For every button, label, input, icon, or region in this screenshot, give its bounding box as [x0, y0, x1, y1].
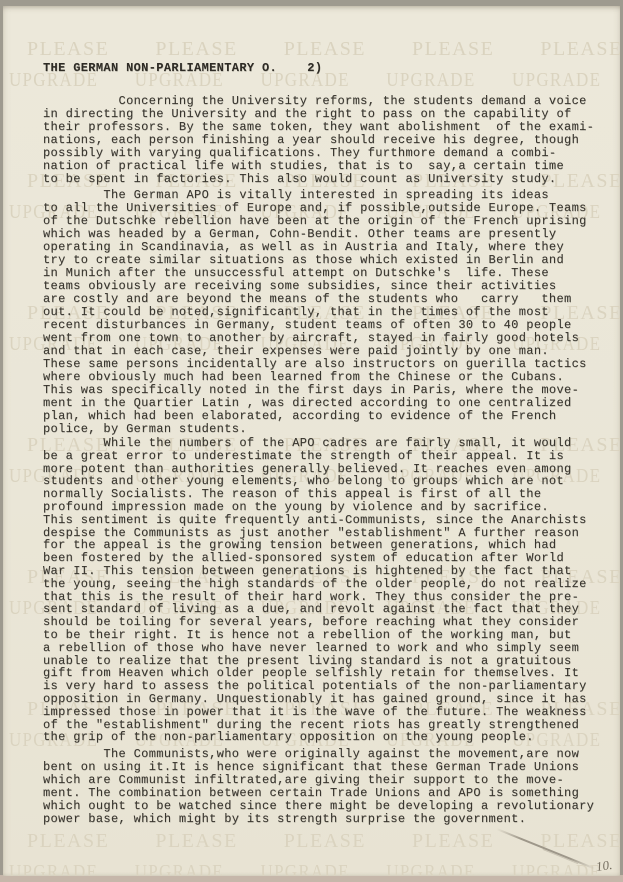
scan-edge-strip	[0, 875, 623, 882]
watermark-word: UPGRADE	[135, 861, 224, 876]
watermark-word: PLEASE	[284, 38, 366, 60]
watermark-word: UPGRADE	[512, 69, 601, 91]
watermark-word: UPGRADE	[9, 861, 98, 876]
watermark-word: UPGRADE	[386, 861, 475, 876]
watermark-row: PLEASEPLEASEPLEASEPLEASEPLEASE	[27, 38, 620, 61]
page-title: THE GERMAN NON-PARLIAMENTARY O. 2)	[43, 62, 322, 75]
watermark-word: PLEASE	[540, 830, 620, 852]
handwritten-page-number: 10.	[595, 857, 613, 875]
paper: PLEASEPLEASEPLEASEPLEASEPLEASEUPGRADEUPG…	[3, 6, 620, 876]
watermark-word: PLEASE	[155, 38, 237, 60]
watermark-word: PLEASE	[412, 38, 494, 60]
watermark-word: PLEASE	[27, 38, 109, 60]
paragraph-apo-spreading: The German APO is vitally interested in …	[43, 189, 587, 436]
watermark-word: PLEASE	[540, 38, 620, 60]
watermark-word: PLEASE	[155, 830, 237, 852]
watermark-word: PLEASE	[412, 830, 494, 852]
watermark-word: UPGRADE	[261, 861, 350, 876]
watermark-word: PLEASE	[284, 830, 366, 852]
watermark-word: PLEASE	[27, 830, 109, 852]
scanned-page: PLEASEPLEASEPLEASEPLEASEPLEASEUPGRADEUPG…	[0, 0, 623, 882]
watermark-word: UPGRADE	[386, 69, 475, 91]
paragraph-apo-appeal: While the numbers of the APO cadres are …	[43, 437, 587, 744]
paragraph-communists: The Communists,who were originally again…	[43, 748, 594, 826]
watermark-row: UPGRADEUPGRADEUPGRADEUPGRADEUPGRADE	[9, 861, 620, 876]
paragraph-university-reforms: Concerning the University reforms, the s…	[43, 95, 594, 186]
watermark-word: UPGRADE	[512, 861, 601, 876]
